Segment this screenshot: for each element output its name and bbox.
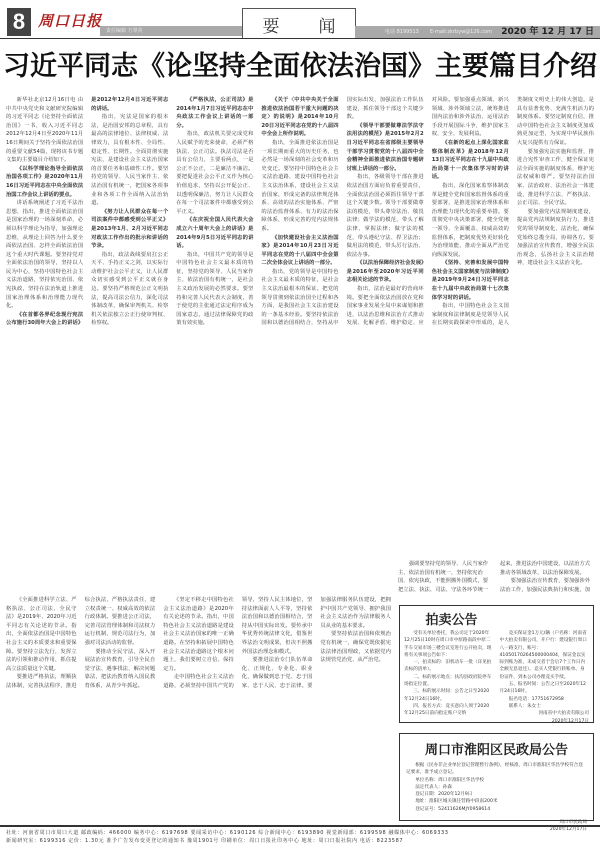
page-number: 8: [7, 8, 31, 36]
editor-line: 责任编辑 方翠英: [100, 26, 246, 36]
notice-field: 法定代表人：孙森: [406, 784, 587, 791]
auction-paragraph: 报名电话：17751672958: [500, 696, 590, 703]
masthead-divider: [0, 38, 600, 39]
article-paragraph: 指出，宪法是国家的根本法，是治国安邦的总章程，具有最高的法律地位、法律权威、法律…: [91, 113, 168, 208]
article-subheading: 《在新的起点上深化国家监察体制改革》是2018年12月13日习近平同志在十九届中…: [432, 139, 509, 182]
article-headline: 习近平同志《论坚持全面依法治国》主要篇目介绍: [0, 44, 600, 83]
auction-paragraph: 四、报名方式：竞买意向人须于2020年12月25日前向指定账户交纳: [404, 703, 494, 718]
auction-body: 受有关单位委托，我公司定于2020年12月25日10时在周口市中原路南段中原二手…: [404, 630, 589, 725]
auction-paragraph: 受有关单位委托，我公司定于2020年12月25日10时在周口市中原路南段中原二手…: [404, 630, 494, 659]
auction-paragraph: 三、标的展示时间：公告之日至2020年12月24日16时。: [404, 688, 494, 703]
auction-date: 2020年12月17日: [500, 718, 590, 725]
article-subheading: 《严格执法，公正司法》是2014年1月7日习近平同志在中央政法工作会议上讲话的一…: [176, 96, 253, 130]
article-subheading: 《领导干部要做尊法学法守法用法的模范》是2015年2月2日习近平同志在省部级主要…: [347, 122, 424, 174]
article-paragraph: 要推动全民守法，深入开展法治宣传教育，引导全民自觉守法、遇事找法、解决问题靠法，…: [85, 648, 156, 691]
masthead-phone: 电话 8199513: [385, 26, 419, 38]
auction-paragraph: 联系人：朱女士: [500, 703, 590, 710]
article-subheading: 《坚持、完善和发展中国特色社会主义国家制度与法律制度》是2019年9月24日习近…: [432, 259, 509, 302]
article-subheading: 《以科学理论指导全面依法治国各项工作》是2020年11月16日习近平同志在中央全…: [6, 165, 83, 199]
article-paragraph: 指出，政法机关要完成党和人民赋予的光荣使命，必须严格执法、公正司法。执法司法是否…: [176, 130, 253, 216]
article-paragraph: 要加强党内法规制度建设，提高党内法规制度执行力，推进党的领导制度化、法治化，确保…: [517, 208, 594, 268]
auction-title: 拍卖公告: [404, 609, 499, 628]
auction-paragraph: 竞买保证金1万元/辆（户名称：河南省中大拍卖有限公司，开户行：建设银行周口八一路…: [500, 630, 590, 681]
footer-line-1: 社址：河南省周口市周口大道 邮政编码：466000 编务中心：6197698 要…: [6, 829, 596, 837]
notice-field: 登记证号：52411626MJY0958614: [406, 806, 587, 813]
article-body: 新华社北京12月16日电 由中共中央党史和文献研究院编辑的习近平同志《论坚持全面…: [6, 96, 594, 596]
article-paragraph: 《坚定不移走中国特色社会主义法治道路》是2020年有关论述的节录。指出，中国特色…: [163, 596, 234, 673]
article-paragraph: 新华社北京12月16日电 由中共中央党史和文献研究院编辑的习近平同志《论坚持全面…: [6, 96, 83, 165]
footer-divider: [0, 825, 600, 827]
auction-notice: 拍卖公告 受有关单位委托，我公司定于2020年12月25日10时在周口市中原路南…: [399, 605, 594, 723]
article-paragraph: 指出，全面推进依法治国是一项长期而重大的历史任务，也必然是一场深刻的社会变革和历…: [261, 139, 338, 234]
notice-field: 登记日期：2020年12月9日: [406, 791, 587, 798]
footer: 社址：河南省周口市周口大道 邮政编码：466000 编务中心：6197698 要…: [6, 829, 596, 845]
article-paragraph: 要坚持依法治国和依规治党有机统一，确保党既依据宪法法律治国理政，又依据党内法规管…: [320, 630, 391, 664]
auction-paragraph: 二、标的展示地点：扶沟县政府院停车场指定位置。: [404, 674, 494, 689]
section-char-1: 要: [263, 12, 280, 37]
article-subheading: 《以法治保障经济社会发展》是2016年至2020年习近平同志相关论述的节录。: [347, 259, 424, 285]
article-subheading: 《关于〈中共中央关于全面推进依法治国若干重大问题的决定〉的说明》是2014年10…: [261, 96, 338, 139]
notice-field: 单位名称：周口市淮阳区华昌学校: [406, 777, 587, 784]
notice-title: 周口市淮阳区民政局公告: [406, 739, 587, 758]
masthead-email: E-mail:zkrbyw@126.com: [430, 26, 492, 38]
article-body-continued: 《全面推进科学立法、严格执法、公正司法、全民守法》是2019年、2020年习近平…: [6, 596, 391, 821]
article-subheading: 《努力让人民群众在每一个司法案件中都感受到公平正义》是2013年1月、2月习近平…: [91, 208, 168, 251]
notice-field: 地址：淮阳区城关镇任营路中段南200米: [406, 798, 587, 805]
article-paragraph: 《全面推进科学立法、严格执法、公正司法、全民守法》是2019年、2020年习近平…: [6, 596, 77, 673]
footer-line-2: 新闻研究室：6199316 定价：1.30元 准予广告发布变更登记的通知书 豫周…: [6, 837, 596, 845]
issue-date: 2020 年 12 月 17 日: [501, 26, 594, 38]
article-paragraph: 指出，深化国家监察体制改革是健全党和国家监督体系的重要部署，是推进国家治理体系和…: [432, 182, 509, 259]
article-paragraph: 指出，政法战线要肩扛公正天平、手持正义之剑，以实际行动维护社会公平正义，让人民群…: [91, 251, 168, 328]
article-paragraph: 讲话系统阐述了习近平法治思想，指出，推进全面依法治国是国家治理的一场深刻革命，必…: [6, 199, 83, 311]
article-subheading: 《加快建设社会主义法治国家》是2014年10月23日习近平同志在党的十八届四中全…: [261, 234, 338, 268]
article-paragraph: 要加强宪法实施和监督，推进合宪性审查工作，健全保证宪法全面实施的制度体系，维护宪…: [517, 148, 594, 208]
masthead-info-bar: 电话 8199513 E-mail:zkrbyw@126.com 2020 年 …: [355, 26, 600, 38]
section-label: 要 闻: [242, 8, 356, 39]
article-body-tail: 强调要坚持党的领导、人民当家作主、依法治国有机统一，坚持依宪治国、依宪执政，不能…: [398, 560, 594, 596]
section-char-2: 闻: [319, 12, 336, 37]
article-paragraph: 指出，中国共产党的领导是中国特色社会主义最本质的特征，坚持党的领导、人民当家作主…: [176, 251, 253, 328]
article-subheading: 《在庆祝全国人民代表大会成立六十周年大会上的讲话》是2014年9月5日习近平同志…: [176, 216, 253, 250]
auction-paragraph: 五、报名时间：公告之日至2020年12月24日16时。: [500, 681, 590, 696]
auction-signature: 河南省中大拍卖有限公司: [500, 710, 590, 717]
masthead: 8 周口日报 责任编辑 方翠英 要 闻 电话 8199513 E-mail:zk…: [0, 0, 600, 38]
notice-body: 根据《民办非企业单位登记管理暂行条例》，经核准，周口市淮阳区华昌学校符合登记要求…: [406, 762, 587, 834]
article-paragraph: 指出，各级领导干部在推进依法治国方面肩负着重要责任，全面依法治国必须抓住领导干部…: [347, 173, 424, 259]
auction-paragraph: 一、拍卖标的：旧机动车一批（详见拍卖标的清单）。: [404, 659, 494, 674]
notice-intro: 根据《民办非企业单位登记管理暂行条例》，经核准，周口市淮阳区华昌学校符合登记要求…: [406, 762, 587, 777]
newspaper-logo: 周口日报: [38, 10, 102, 31]
civil-affairs-notice: 周口市淮阳区民政局公告 根据《民办非企业单位登记管理暂行条例》，经核准，周口市淮…: [399, 733, 594, 821]
